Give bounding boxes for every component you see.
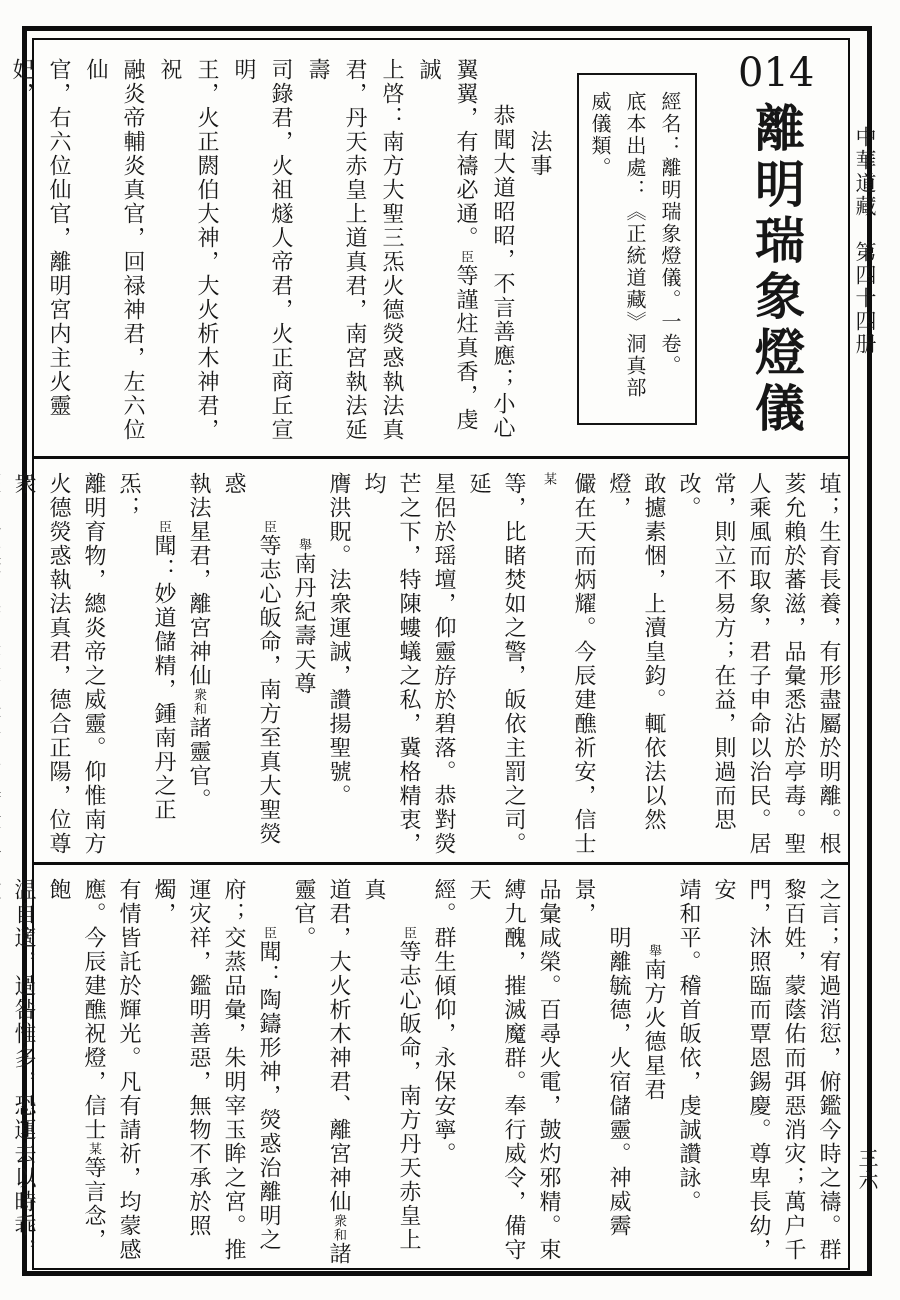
scripture-title: 離明瑞象燈儀 [744,102,808,447]
column-text: 有情皆託於輝光。凡有請祈，均蒙感 [116,878,141,1262]
text-column: 温自適，過咎惟多，恐運去以時乖，致 [0,878,41,1266]
text-column: 道君，大火析木神君、離宮神仙衆和諸 [321,878,356,1266]
note-box-column: 經名：離明瑞象燈儀。一卷。 [652,91,687,413]
column-text: 品彙咸榮。百尋火電，皷灼邪精。束 [536,878,561,1262]
column-text: 執法星君，離宮神仙 [186,472,211,688]
text-column: 經。群生傾仰，永保安寧。 [426,878,461,1266]
column-text: 儼在天而炳耀。今辰建醮祈安，信士 [571,472,596,856]
scripture-serial-number: 014 [738,50,814,96]
text-column: 官，右六位仙官，離明宮内主火靈妃， [3,58,77,450]
text-column: 應。今辰建醮祝燈，信士某等言念，飽 [41,878,111,1266]
column-text: 之言；宥過消愆，俯鑑今時之禱。群 [816,878,841,1262]
column-text: 敢攄素悃，上瀆皇鈞。輒依法以然燈， [606,472,666,832]
text-column: 翼翼，有禱必通。臣等謹炷真香，虔誠 [410,58,484,450]
column-text: 運灾祥，鑑明善惡，無物不承於照燭， [151,878,211,1238]
text-column: 有情皆託於輝光。凡有請祈，均蒙感 [111,878,146,1266]
column-text: 官，右六位仙官，離明宮内主火靈妃， [9,58,71,418]
column-text: 諸 [326,1242,351,1266]
column-text: 融炎帝輔炎真官，回禄神君，左六位仙 [83,58,145,442]
interlinear-note: 臣 [261,926,276,940]
text-column: 人乘風而取象，君子申命以治民。居 [741,472,776,858]
interlinear-note: 某 [86,1142,101,1156]
column-text: 底本出處：《正統道藏》洞真部 [623,91,647,399]
column-text: 上啓：南方大聖三炁火德熒惑執法真 [379,58,404,442]
bibliographic-note-columns: 經名：離明瑞象燈儀。一卷。底本出處：《正統道藏》洞真部威儀類。 [583,91,687,413]
column-text: 温自適，過咎惟多，恐運去以時乖，致 [0,878,36,1262]
text-column: 王，火正閼伯大神，大火析木神君，祝 [151,58,225,450]
column-text: 星侶於瑶壇，仰靈斿於碧落。恭對熒 [431,472,456,856]
text-column: 臣聞：陶鑄形神，熒惑治離明之 [251,878,286,1266]
text-band-middle: 埴；生育長養，有形盡屬於明離。根荄允賴於蕃滋，品彙悉沾於亭毒。聖人乘風而取象，君… [34,464,846,858]
text-band-top: 法事恭聞大道昭昭，不言善應；小心翼翼，有禱必通。臣等謹炷真香，虔誠上啓：南方大聖… [34,44,558,450]
column-text: 芒之下，特陳螻蟻之私，冀格精衷，均 [361,472,421,856]
text-column: 流金火鈴宋將軍，五方火殃使者，火 [0,58,3,450]
column-text: 司錄君，火祖燧人帝君，火正商丘宣明 [231,58,293,442]
column-text: 王，火正閼伯大神，大火析木神君，祝 [157,58,219,442]
column-text: 聞：陶鑄形神，熒惑治離明之 [256,940,281,1252]
text-column: 靈官。 [286,878,321,1266]
text-column: 法事 [521,58,558,450]
column-text: 南丹紀壽天尊 [291,552,316,696]
text-column: 融炎帝輔炎真官，回禄神君，左六位仙 [77,58,151,450]
column-text: 縛九醜，摧滅魔群。奉行威令，備守天 [466,878,526,1262]
text-column: 府；交蒸品彙，朱明宰玉眸之宮。推 [216,878,251,1266]
text-column: 星侶於瑶壇，仰靈斿於碧落。恭對熒 [426,472,461,858]
column-text: 曜，贊襄穹昊，陰騭生靈。密持造化之 [0,472,1,856]
text-column: 芒之下，特陳螻蟻之私，冀格精衷，均 [356,472,426,858]
interlinear-note: 某 [541,472,556,486]
column-text: 荄允賴於蕃滋，品彙悉沾於亭毒。聖 [781,472,806,856]
interlinear-note: 臣 [261,520,276,534]
text-column: 荄允賴於蕃滋，品彙悉沾於亭毒。聖 [776,472,811,858]
text-column: 門，沐照臨而覃恩錫慶。尊卑長幼，安 [706,878,776,1266]
text-column: 曜，贊襄穹昊，陰騭生靈。密持造化之 [0,472,6,858]
text-band-bottom: 之言；宥過消愆，俯鑑今時之禱。群黎百姓，蒙蔭佑而弭惡消灾；萬户千門，沐照臨而覃恩… [34,870,846,1266]
text-column: 舉南丹紀壽天尊 [286,472,321,858]
margin-page-number: 三六 [853,1148,881,1208]
interlinear-note: 衆和 [191,688,206,716]
interlinear-note: 臣 [156,520,171,534]
interlinear-note: 衆和 [331,1214,346,1242]
text-column: 上啓：南方大聖三炁火德熒惑執法真 [373,58,410,450]
column-text: 等，比睹焚如之警，皈依主罰之司。延 [466,472,526,856]
column-text: 翼翼，有禱必通。 [453,58,478,250]
column-text: 經。群生傾仰，永保安寧。 [431,878,456,1166]
note-box-column: 威儀類。 [582,91,617,413]
column-text: 離明育物，總炎帝之威靈。仰惟南方 [81,472,106,856]
text-column: 臣等志心皈命，南方丹天赤皇上真 [356,878,426,1266]
column-text: 火德熒惑執法真君，德合正陽，位尊衆 [11,472,71,856]
text-column: 司錄君，火祖燧人帝君，火正商丘宣明 [225,58,299,450]
text-column: 執法星君，離宮神仙衆和諸靈官。 [181,472,216,858]
column-text: 君，丹天赤皇上道真君，南宮執法延壽 [305,58,367,442]
text-column: 離明育物，總炎帝之威靈。仰惟南方 [76,472,111,858]
column-text: 應。今辰建醮祝燈，信士 [81,878,106,1142]
interlinear-note: 舉 [296,538,311,552]
column-text: 經名：離明瑞象燈儀。一卷。 [658,91,682,377]
text-column: 等，比睹焚如之警，皈依主罰之司。延 [461,472,531,858]
text-column: 黎百姓，蒙蔭佑而弭惡消灾；萬户千 [776,878,811,1266]
band-separator-2 [34,862,848,865]
text-column: 運灾祥，鑑明善惡，無物不承於照燭， [146,878,216,1266]
text-column: 臣聞：妙道儲精，鍾南丹之正炁； [111,472,181,858]
interlinear-note: 舉 [646,944,661,958]
bibliographic-note-box: 經名：離明瑞象燈儀。一卷。底本出處：《正統道藏》洞真部威儀類。 [577,73,697,425]
text-column: 恭聞大道昭昭，不言善應；小心 [484,58,521,450]
column-text: 恭聞大道昭昭，不言善應；小心 [490,104,515,440]
column-text: 府；交蒸品彙，朱明宰玉眸之宮。推 [221,878,246,1262]
note-box-column: 底本出處：《正統道藏》洞真部 [617,91,652,413]
text-column: 明離毓德，火宿儲靈。神威霽景， [566,878,636,1266]
text-column: 君，丹天赤皇上道真君，南宮執法延壽 [299,58,373,450]
text-column: 膺洪貺。法衆運誠，讚揚聖號。 [321,472,356,858]
column-text: 埴；生育長養，有形盡屬於明離。根 [816,472,841,856]
column-text: 膺洪貺。法衆運誠，讚揚聖號。 [326,472,351,808]
band-separator-1 [34,456,848,459]
interlinear-note: 臣 [401,926,416,940]
column-text: 法事 [527,130,552,178]
text-column: 儼在天而炳耀。今辰建醮祈安，信士某 [531,472,601,858]
column-text: 南方火德星君 [641,958,666,1102]
text-column: 靖和平。稽首皈依，虔誠讚詠。 [671,878,706,1266]
text-column: 舉南方火德星君 [636,878,671,1266]
column-text: 靖和平。稽首皈依，虔誠讚詠。 [676,878,701,1214]
column-text: 常，則立不易方；在益，則過而思改。 [676,472,736,832]
scanned-page: 中華道藏 第四十四册 三六 014 離明瑞象燈儀 經名：離明瑞象燈儀。一卷。底本… [0,0,900,1300]
text-column: 品彙咸榮。百尋火電，皷灼邪精。束 [531,878,566,1266]
text-column: 縛九醜，摧滅魔群。奉行威令，備守天 [461,878,531,1266]
text-column: 常，則立不易方；在益，則過而思改。 [671,472,741,858]
text-column: 臣等志心皈命，南方至真大聖熒惑 [216,472,286,858]
column-text: 人乘風而取象，君子申命以治民。居 [746,472,771,856]
column-text: 諸靈官。 [186,716,211,812]
text-column: 之言；宥過消愆，俯鑑今時之禱。群 [811,878,846,1266]
margin-collection-title: 中華道藏 第四十四册 [851,126,879,376]
column-text: 明離毓德，火宿儲靈。神威霽景， [571,878,631,1238]
interlinear-note: 臣 [458,250,473,264]
column-text: 靈官。 [291,878,316,950]
column-text: 門，沐照臨而覃恩錫慶。尊卑長幼，安 [711,878,771,1262]
column-text: 黎百姓，蒙蔭佑而弭惡消灾；萬户千 [781,878,806,1262]
column-text: 威儀類。 [588,91,612,179]
text-column: 埴；生育長養，有形盡屬於明離。根 [811,472,846,858]
text-column: 火德熒惑執法真君，德合正陽，位尊衆 [6,472,76,858]
text-column: 敢攄素悃，上瀆皇鈞。輒依法以然燈， [601,472,671,858]
column-text: 道君，大火析木神君、離宮神仙 [326,878,351,1214]
